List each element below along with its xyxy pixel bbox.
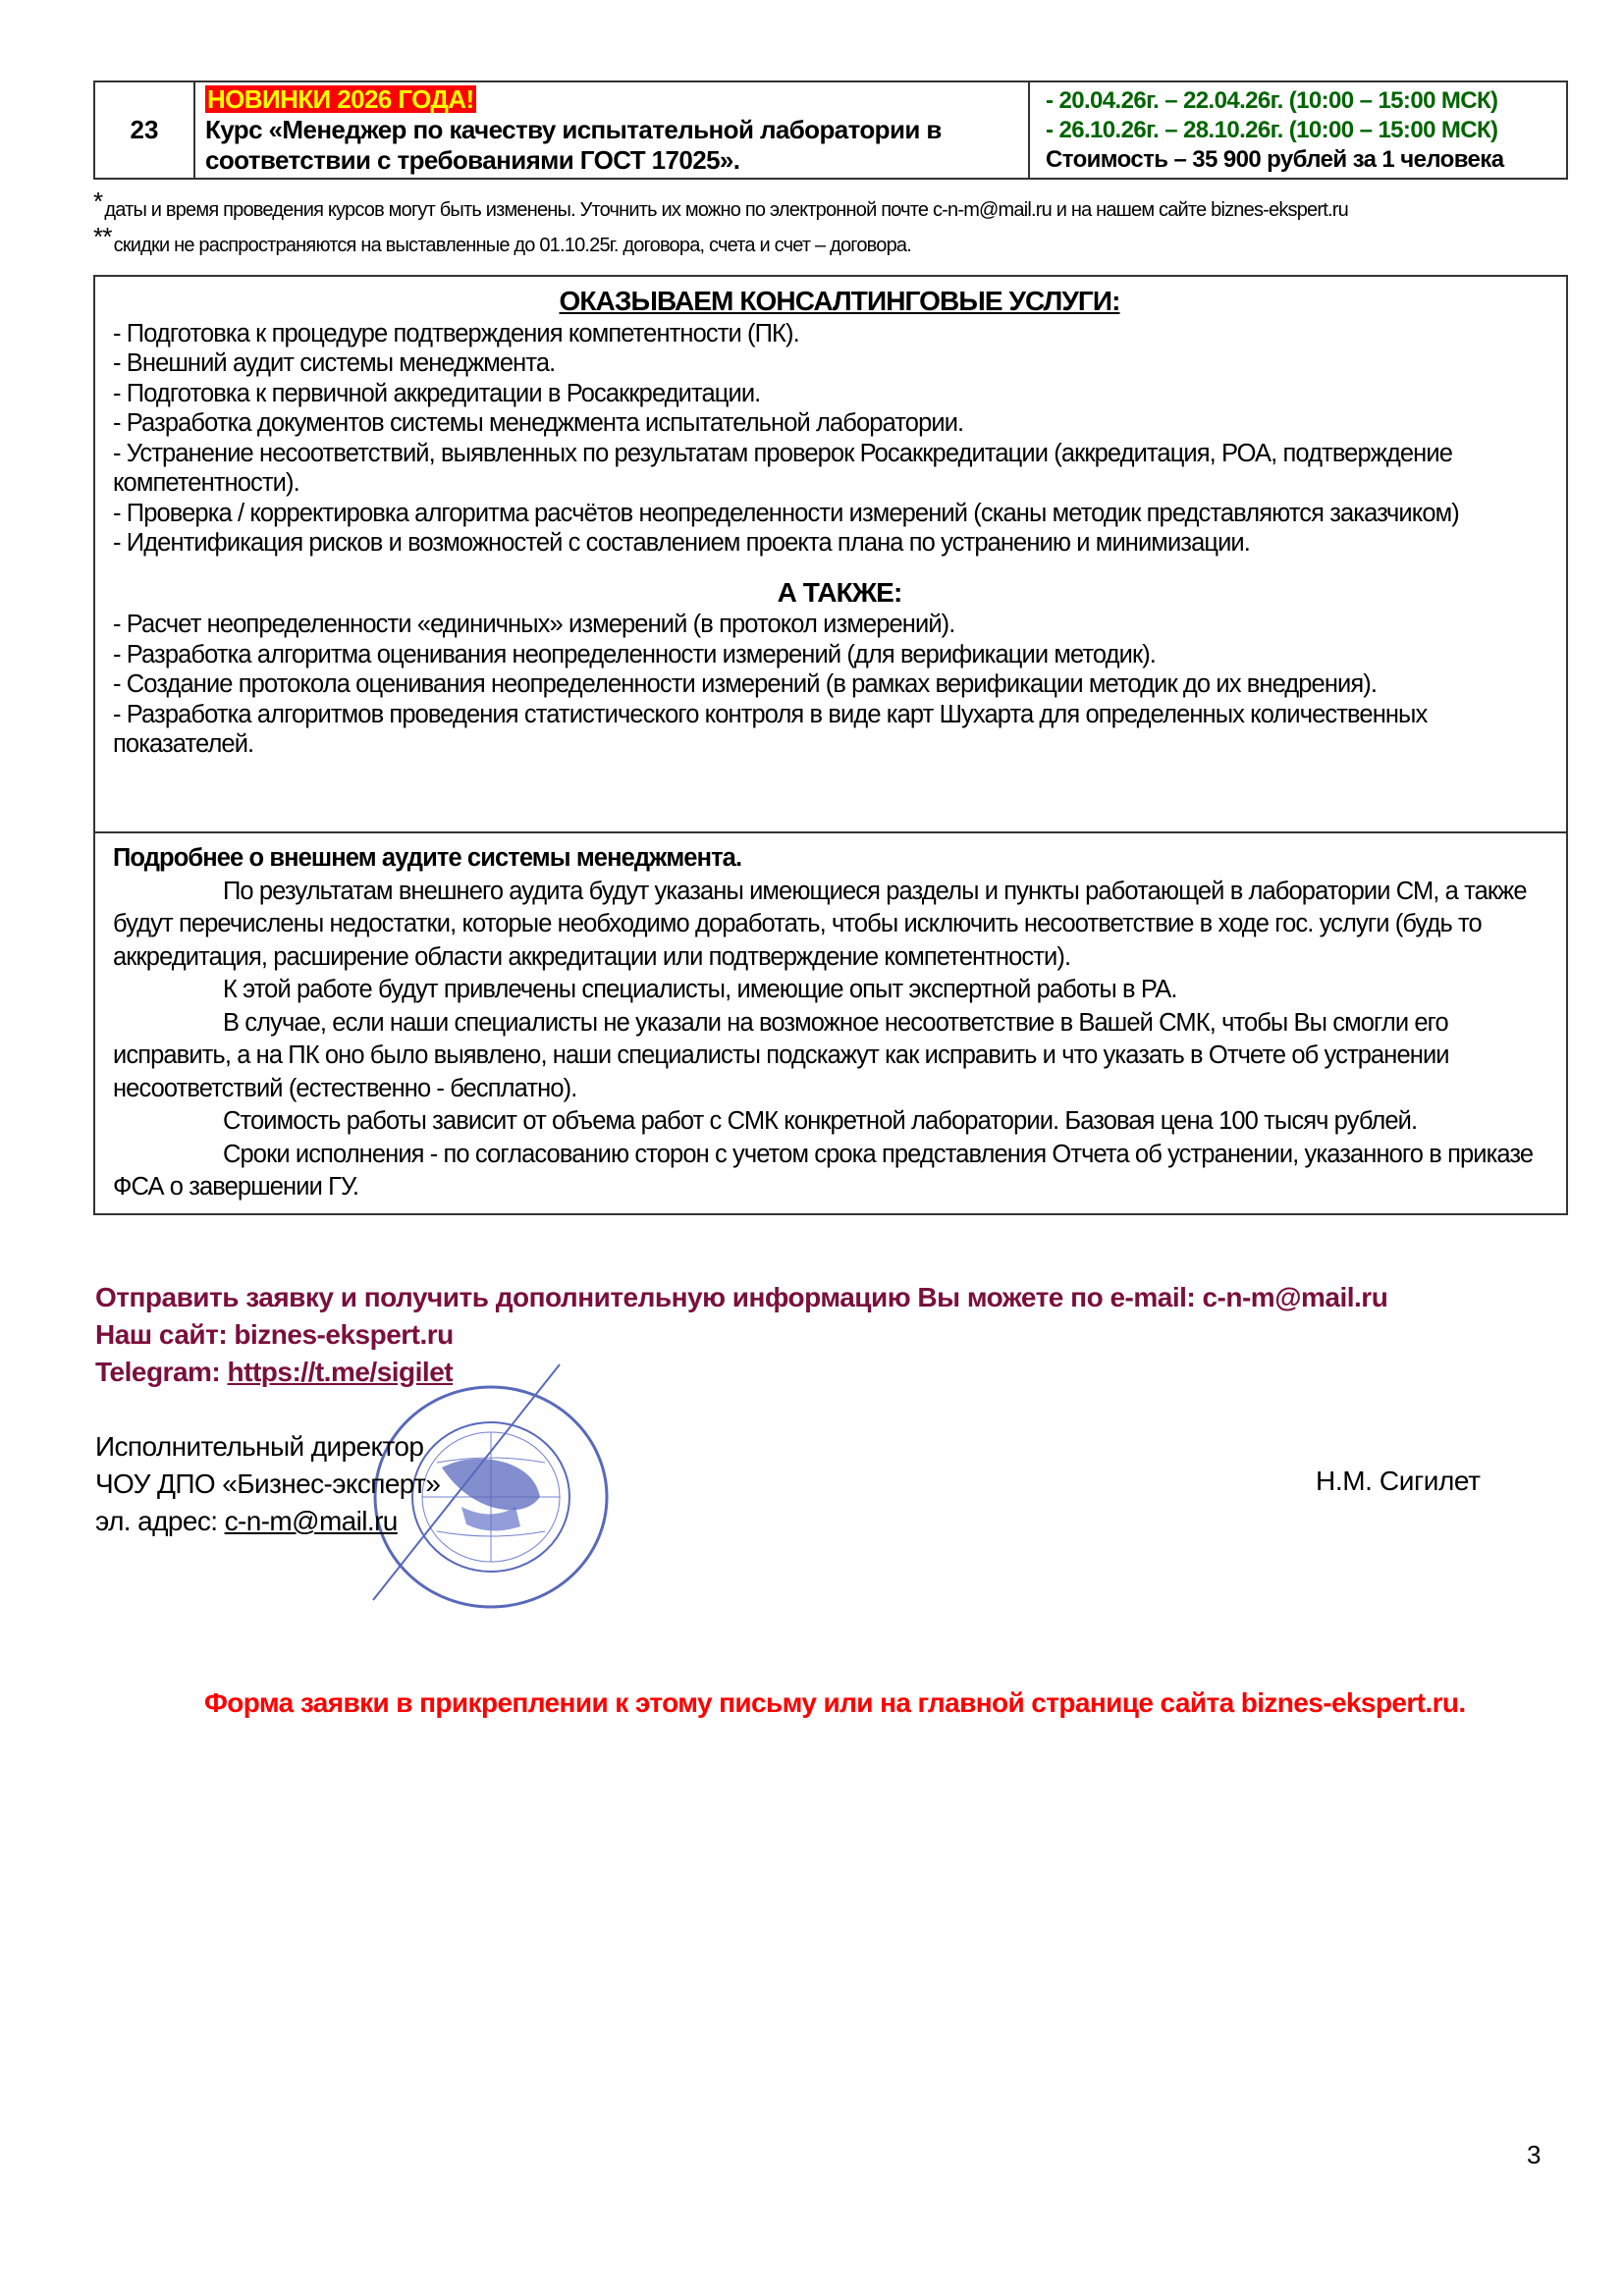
course-title-cell: НОВИНКИ 2026 ГОДА! Курс «Менеджер по кач… — [195, 82, 1030, 178]
page-number: 3 — [1527, 2140, 1541, 2170]
list-item: - Подготовка к первичной аккредитации в … — [113, 379, 1566, 409]
list-item: - Проверка / корректировка алгоритма рас… — [113, 499, 1566, 529]
footnote-mark: * — [93, 187, 102, 216]
course-date-2: - 26.10.26г. – 28.10.26г. (10:00 – 15:00… — [1046, 116, 1566, 145]
footnote-2: **скидки не распространяются на выставле… — [93, 222, 911, 257]
request-line: Отправить заявку и получить дополнительн… — [95, 1279, 1387, 1316]
form-note: Форма заявки в прикреплении к этому пись… — [204, 1687, 1466, 1719]
email-link[interactable]: c-n-m@mail.ru — [225, 1506, 398, 1536]
consulting-list: - Подготовка к процедуре подтверждения к… — [113, 319, 1566, 559]
list-item: - Внешний аудит системы менеджмента. — [113, 348, 1566, 379]
list-item: - Разработка документов системы менеджме… — [113, 408, 1566, 439]
footnote-text: даты и время проведения курсов могут быт… — [104, 199, 1348, 221]
also-list: - Расчет неопределенности «единичных» из… — [113, 610, 1566, 760]
audit-paragraph: Сроки исполнения - по согласованию сторо… — [113, 1139, 1556, 1204]
list-item: - Разработка алгоритмов проведения стати… — [113, 700, 1566, 760]
audit-paragraph: По результатам внешнего аудита будут ука… — [113, 876, 1556, 975]
list-item: - Расчет неопределенности «единичных» из… — [113, 610, 1566, 640]
course-title: Курс «Менеджер по качеству испытательной… — [205, 115, 942, 175]
site-line: Наш сайт: biznes-ekspert.ru — [95, 1316, 1387, 1354]
signer-position: Исполнительный директор — [95, 1428, 440, 1466]
audit-details-title: Подробнее о внешнем аудите системы менед… — [113, 842, 1556, 876]
signer-name: Н.М. Сигилет — [1316, 1466, 1481, 1497]
course-number: 23 — [95, 82, 195, 178]
section-divider — [95, 831, 1566, 833]
list-item: - Подготовка к процедуре подтверждения к… — [113, 319, 1566, 349]
list-item: - Идентификация рисков и возможностей с … — [113, 528, 1566, 559]
course-table-row: 23 НОВИНКИ 2026 ГОДА! Курс «Менеджер по … — [93, 80, 1568, 180]
consulting-heading: ОКАЗЫВАЕМ КОНСАЛТИНГОВЫЕ УСЛУГИ: — [113, 287, 1566, 317]
contacts-block: Отправить заявку и получить дополнительн… — [95, 1279, 1387, 1391]
course-price: Стоимость – 35 900 рублей за 1 человека — [1046, 145, 1566, 175]
consulting-services-box: ОКАЗЫВАЕМ КОНСАЛТИНГОВЫЕ УСЛУГИ: - Подго… — [93, 275, 1568, 1215]
list-item: - Создание протокола оценивания неопреде… — [113, 669, 1566, 700]
also-heading: А ТАКЖЕ: — [113, 578, 1566, 609]
new-badge: НОВИНКИ 2026 ГОДА! — [205, 85, 476, 113]
footnote-text: скидки не распространяются на выставленн… — [114, 235, 911, 256]
list-item: - Устранение несоответствий, выявленных … — [113, 439, 1566, 499]
audit-paragraph: К этой работе будут привлечены специалис… — [113, 974, 1556, 1007]
list-item: - Разработка алгоритма оценивания неопре… — [113, 640, 1566, 670]
signer-organization: ЧОУ ДПО «Бизнес-эксперт» — [95, 1466, 440, 1503]
audit-details: Подробнее о внешнем аудите системы менед… — [113, 842, 1556, 1204]
audit-paragraph: В случае, если наши специалисты не указа… — [113, 1007, 1556, 1106]
telegram-label: Telegram: — [95, 1357, 228, 1387]
course-dates-cell: - 20.04.26г. – 22.04.26г. (10:00 – 15:00… — [1030, 82, 1566, 178]
document-page: 23 НОВИНКИ 2026 ГОДА! Курс «Менеджер по … — [0, 0, 1624, 2296]
signature-block: Исполнительный директор ЧОУ ДПО «Бизнес-… — [95, 1428, 440, 1540]
signer-email-line: эл. адрес: c-n-m@mail.ru — [95, 1503, 440, 1540]
audit-paragraph: Стоимость работы зависит от объема работ… — [113, 1105, 1556, 1139]
footnote-mark: ** — [93, 222, 112, 251]
telegram-line: Telegram: https://t.me/sigilet — [95, 1354, 1387, 1391]
footnote-1: *даты и время проведения курсов могут бы… — [93, 187, 1348, 222]
course-date-1: - 20.04.26г. – 22.04.26г. (10:00 – 15:00… — [1046, 86, 1566, 116]
email-label: эл. адрес: — [95, 1506, 225, 1536]
